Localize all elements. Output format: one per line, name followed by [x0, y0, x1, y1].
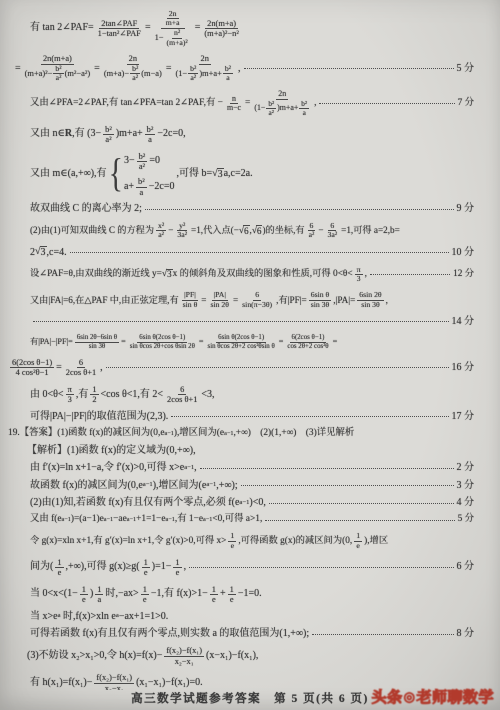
- text-run: ,: [100, 362, 103, 374]
- numerator: 1: [228, 585, 236, 595]
- text-run: sin 3θ: [311, 301, 330, 310]
- score-label: 17 分: [452, 411, 475, 423]
- text-run: ),增区: [364, 536, 388, 547]
- line-intervals-3pts: 故函数 f(x)的减区间为(0,ea−1),增区间为(ea−1,+∞);3 分: [30, 480, 474, 492]
- fraction: 1e: [80, 585, 88, 605]
- text-run: b²: [132, 65, 138, 74]
- cases-row: 3−b²a²=0: [124, 151, 175, 173]
- text-run: (m²−a²): [65, 69, 91, 78]
- denominator: 2cos θ+1: [64, 368, 98, 377]
- superscript: a−1: [143, 482, 153, 489]
- fraction: 6a²: [307, 222, 317, 240]
- text-run: =: [94, 63, 100, 75]
- text-run: sin 3θ: [361, 301, 380, 310]
- text-run: −ax+1=1>0.: [119, 611, 169, 623]
- line-tan-double-angle: 有 tan 2∠PAF=2tan∠PAF1−tan²∠PAF=2nm+a1−n²…: [30, 9, 474, 49]
- numerator: 1: [80, 585, 88, 595]
- score-label: 9 分: [457, 203, 475, 215]
- numerator: 1: [142, 558, 150, 568]
- fraction: 63a²: [326, 222, 340, 240]
- cases-rows: 3−b²a²=0a+b²a−2c=0: [124, 151, 175, 199]
- numerator: 2n: [199, 54, 211, 64]
- superscript: a−1: [203, 517, 212, 523]
- text-run: )m+a+: [199, 69, 221, 78]
- text-run: 3−: [124, 155, 135, 167]
- fraction: 1e: [141, 585, 149, 605]
- fraction: b²a²: [188, 65, 198, 83]
- text-run: sin θcos 2θ+2 cos²θsin θ: [208, 343, 275, 351]
- text-run: 4 cos²θ−1: [16, 368, 49, 377]
- text-run: =: [145, 22, 151, 34]
- fraction: 6sin θsin 3θ: [309, 291, 332, 309]
- fraction: |PF|sin θ: [181, 291, 200, 309]
- denominator: cos 2θ+2 cos²θ: [285, 343, 330, 351]
- text-run: =: [333, 337, 338, 347]
- fraction: 6sin 2θsin 3θ: [357, 291, 383, 309]
- text-run: ,可得函数 g(x)的减区间为(0,: [238, 536, 352, 547]
- dot-leader: [312, 634, 453, 635]
- dot-leader: [33, 321, 449, 322]
- text-run: =: [245, 98, 250, 109]
- text-run: (m−a): [141, 69, 162, 78]
- numerator: 2nm+a: [161, 10, 185, 29]
- text-run: b²: [225, 65, 231, 74]
- text-run: 由 f′(x)=ln x+1−a,令 f′(x)>0,可得 x>e: [30, 462, 184, 474]
- text-run: ,: [184, 561, 187, 573]
- text-run: 6(2cos θ−1): [12, 358, 52, 367]
- text-run: e: [176, 568, 180, 577]
- text-run: ),增区间为(e: [153, 480, 207, 492]
- text-run: a²: [105, 135, 111, 144]
- text-run: 又由 n∈: [30, 128, 65, 140]
- text-run: 有|PA|−|PF|=: [30, 337, 73, 347]
- line-gx-min-6pts: 间为(1e,+∞),可得 g(x)≥g(1e)=1−1e,6 分: [30, 557, 474, 579]
- superscript: a−1: [184, 465, 194, 472]
- dot-leader: [189, 567, 453, 568]
- text-run: =: [195, 22, 201, 34]
- text-run: 又由∠PFA=2∠PAF,有 tan∠PFA=tan 2∠PAF,有 −: [30, 98, 223, 109]
- text-run: (3)不妨设 x₂>x₁>0,令 h(x)=f(x)−: [27, 650, 162, 662]
- denominator: e: [210, 595, 218, 604]
- text-run: 2n: [201, 54, 209, 63]
- text-run: sin 3θ: [89, 343, 105, 351]
- numerator: 6(2cos θ−1): [10, 358, 54, 368]
- superscript: a−1: [206, 482, 216, 489]
- fraction: 6sin 2θ−6sin θsin 3θ: [75, 334, 119, 350]
- text-run: )m+a+: [116, 128, 143, 140]
- denominator: (1−b²a²)m+a+b²a: [173, 65, 236, 83]
- denominator: a: [96, 595, 104, 604]
- numerator: 6(2cos θ−1): [290, 334, 327, 343]
- score-label: 5 分: [457, 63, 475, 75]
- fraction: 6sin θ(2cos θ−1)sin θcos 2θ+cos θsin 2θ: [128, 334, 197, 350]
- text-run: ,|PA|=: [333, 295, 355, 306]
- denominator: 4 cos²θ−1: [14, 368, 51, 377]
- line-q19-answer: 19.【答案】(1)函数 f(x)的减区间为(0,ea−1),增区间为(ea−1…: [8, 428, 474, 439]
- denominator: (m+a)²−b²a²(m²−a²): [23, 65, 93, 83]
- text-run: )<0,: [249, 497, 265, 509]
- text-run: =: [56, 362, 62, 374]
- text-run: =: [199, 337, 204, 347]
- line-case-small-x: 当 0<x<(1−1e)1a时,−ax>1e−1,有 f(x)>1−1e+1e−…: [30, 584, 474, 606]
- fraction: |PA|sin 2θ: [208, 291, 231, 309]
- score-label: 8 分: [457, 628, 475, 640]
- text-run: −1=0.: [238, 588, 262, 600]
- denominator: sin 3θ: [359, 301, 382, 310]
- text-run: =: [279, 337, 284, 347]
- text-run: =: [233, 295, 238, 306]
- fraction: b²a²: [130, 65, 140, 83]
- text-run: b²: [139, 152, 146, 161]
- numerator: b²: [299, 100, 309, 109]
- numerator: 6sin θ(2cos θ−1): [137, 334, 187, 343]
- denominator: e: [142, 568, 150, 577]
- score-label: 3 分: [457, 480, 475, 492]
- fraction: 12: [90, 385, 98, 405]
- fraction: 2n(m+a)−b²a²(m−a): [102, 54, 164, 83]
- score-label: 12 分: [453, 269, 474, 280]
- footer-spacer: [261, 693, 274, 705]
- text-run: 3a²: [328, 231, 338, 240]
- text-run: 令 g(x)=xln x+1,有 g′(x)=ln x+1,令 g′(x)>0,…: [30, 536, 226, 547]
- text-run: 可得若函数 f(x)有且仅有两个零点,则实数 a 的取值范围为(1,+∞);: [30, 628, 309, 640]
- radicand: 3: [217, 168, 224, 181]
- text-run: −: [168, 225, 173, 236]
- text-run: sin θ: [183, 301, 198, 310]
- numerator: f(x₂)−f(x₁): [164, 646, 204, 656]
- text-run: ,: [314, 98, 316, 109]
- line-simplify-5pts: =2n(m+a)(m+a)²−b²a²(m²−a²)=2n(m+a)−b²a²(…: [15, 53, 474, 84]
- text-run: n: [232, 95, 236, 104]
- text-run: 2n: [129, 54, 137, 63]
- text-run: a²: [309, 231, 315, 240]
- text-run: n²: [174, 29, 180, 38]
- text-run: 时,f(x)>xln e: [61, 611, 116, 623]
- text-run: a²: [56, 74, 62, 83]
- fraction: b²a²: [53, 65, 63, 83]
- denominator: a²: [103, 135, 113, 144]
- text-run: a: [98, 595, 102, 604]
- text-run: <0,可得 a>1,: [212, 514, 262, 525]
- text-run: sin 2θ: [210, 301, 229, 310]
- text-run: e: [230, 595, 234, 604]
- text-run: x₂−x₁: [175, 657, 194, 666]
- text-run: e: [212, 595, 216, 604]
- line-cos-bounds: 由 0<θ<π3,有12<cos θ<1,有 2<62cos θ+1<3,: [30, 384, 474, 406]
- text-run: e: [231, 542, 234, 551]
- text-run: a: [140, 188, 144, 197]
- dot-leader: [244, 68, 454, 69]
- denominator: (m+a)²: [165, 39, 190, 48]
- denominator: a²: [137, 162, 147, 171]
- text-run: x 的倾斜角及双曲线的图象和性质,可得 0<θ<: [173, 269, 353, 280]
- text-run: e: [143, 595, 147, 604]
- denominator: a²: [188, 74, 198, 83]
- numerator: 6: [77, 358, 85, 368]
- fraction: 1e: [173, 558, 181, 578]
- radicand: 3: [166, 269, 173, 281]
- denominator: m−c: [225, 104, 243, 113]
- line-dots-14pts: 14 分: [30, 316, 474, 328]
- text-run: e: [356, 542, 359, 551]
- fraction: b²a: [136, 177, 147, 197]
- numerator: 6sin θ(2cos θ−1): [216, 334, 266, 343]
- score-label: 5 分: [458, 514, 474, 525]
- cases-row: a+b²a−2c=0: [124, 176, 175, 198]
- text-run: 1: [144, 558, 148, 567]
- dot-leader: [319, 103, 454, 104]
- text-run: −2c=0: [149, 181, 175, 193]
- text-run: =0: [149, 155, 160, 167]
- text-run: 2n(m+a): [43, 54, 72, 63]
- score-label: 10 分: [452, 247, 475, 259]
- text-run: =: [15, 63, 21, 75]
- sqrt-radical: √3: [212, 168, 224, 181]
- text-run: ,: [238, 63, 241, 75]
- text-run: −2c=0,: [157, 128, 185, 140]
- denominator: sin θ: [181, 301, 200, 310]
- dot-leader: [241, 485, 454, 486]
- footer-page-number: 第 5 页(共 6 页): [274, 693, 369, 705]
- text-run: 2cos θ+1: [66, 368, 96, 377]
- text-run: 由 0<θ<: [30, 389, 64, 401]
- dot-leader: [265, 520, 454, 521]
- text-run: b²: [55, 65, 61, 74]
- fraction: b²a²: [137, 152, 148, 172]
- text-run: −ae: [113, 514, 127, 525]
- line-theta-range-12pts: 设∠PAF=θ,由双曲线的渐近线 y=√3x 的倾斜角及双曲线的图象和性质,可得…: [30, 265, 474, 286]
- fraction: 1a: [95, 585, 103, 605]
- fraction: 2tan∠PAF1−tan²∠PAF: [96, 19, 143, 39]
- dot-leader: [200, 468, 454, 469]
- fraction: y²3a²: [175, 222, 189, 240]
- watermark-account-name: 老师聊数学: [416, 686, 494, 707]
- text-run: −: [318, 225, 323, 236]
- numerator: 1: [173, 558, 181, 568]
- fraction: 2nm+a1−n²(m+a)²: [153, 10, 193, 48]
- text-run: )=(a−1)e: [71, 514, 104, 525]
- line-pa-minus-pf: 有|PA|−|PF|=6sin 2θ−6sin θsin 3θ=6sin θ(2…: [30, 333, 474, 351]
- numerator: b²: [136, 177, 147, 187]
- text-run: 19.【答案】(1)函数 f(x)的减区间为(0,e: [8, 428, 165, 439]
- score-label: 4 分: [457, 497, 475, 509]
- text-run: a²: [190, 74, 196, 83]
- numerator: 6: [178, 385, 186, 395]
- text-run: 6sin 2θ−6sin θ: [77, 334, 117, 342]
- text-run: 6sin 2θ: [359, 291, 381, 300]
- numerator: 1: [141, 585, 149, 595]
- numerator: π: [66, 385, 74, 395]
- numerator: 2n: [276, 90, 288, 100]
- text-run: 1: [57, 558, 61, 567]
- superscript: a−1: [62, 517, 71, 523]
- text-run: ,可得 b=: [176, 168, 212, 180]
- text-run: 6sin θ(2cos θ−1): [218, 334, 264, 342]
- text-run: 6(2cos θ−1): [292, 334, 325, 342]
- fraction: 2n(1−b²a²)m+a+b²a: [173, 54, 236, 83]
- fraction: 6(2cos θ−1)4 cos²θ−1: [10, 358, 54, 378]
- denominator: 1−n²(m+a)²: [153, 29, 193, 47]
- fraction: 2n(m+a)(m+a)²−n²: [202, 19, 240, 39]
- text-run: (m+a)−: [104, 69, 129, 78]
- text-run: 1: [92, 385, 96, 394]
- text-run: 6: [79, 358, 83, 367]
- text-run: 1: [175, 558, 179, 567]
- superscript: a−1: [165, 431, 174, 437]
- numerator: 2n(m+a): [205, 19, 238, 29]
- line-n-in-R: 又由 n∈R,有 (3−b²a²)m+a+b²a−2c=0,: [30, 124, 474, 146]
- text-run: ,有|PF|=: [276, 295, 307, 306]
- fraction: x²a²: [156, 222, 166, 240]
- text-run: 1: [230, 532, 234, 541]
- denominator: a²: [307, 231, 317, 240]
- numerator: 2tan∠PAF: [99, 19, 139, 29]
- line-abc-values-10pts: 2√3,c=4.10 分: [30, 246, 474, 259]
- fraction: 6(2cos θ−1)cos 2θ+2 cos²θ: [285, 334, 330, 350]
- text-run: +: [220, 588, 226, 600]
- numerator: b²: [145, 125, 156, 135]
- sqrt-radical: √6: [239, 225, 250, 237]
- fraction: 1e: [142, 558, 150, 578]
- dot-leader: [269, 503, 454, 504]
- text-run: 【解析】(1)函数 f(x)的定义域为(0,+∞),: [27, 445, 196, 457]
- text-run: ,: [194, 462, 197, 474]
- text-run: π: [68, 385, 72, 394]
- denominator: 1−tan²∠PAF: [96, 29, 143, 38]
- fraction: 62cos θ+1: [64, 358, 98, 378]
- denominator: (m+a)²−n²: [202, 29, 240, 38]
- text-run: ,有 1−e: [175, 514, 203, 525]
- text-run: 故函数 f(x)的减区间为(0,e: [30, 480, 143, 492]
- text-run: =1,代入点(−: [191, 225, 239, 236]
- text-run: 1: [356, 532, 360, 541]
- text-run: b²: [268, 100, 274, 108]
- text-run: m+a: [166, 19, 180, 28]
- score-label: 14 分: [452, 316, 475, 328]
- fraction: f(x₂)−f(x₁)x₂−x₁: [164, 646, 204, 666]
- denominator: 2: [90, 395, 98, 404]
- denominator: 2cos θ+1: [165, 395, 199, 404]
- fraction: b²a: [299, 100, 309, 117]
- denominator: 3: [355, 275, 363, 284]
- sqrt-radical: √3: [162, 269, 173, 281]
- text-run: 6sin θ: [311, 291, 330, 300]
- text-run: a²: [139, 162, 145, 171]
- superscript: a−1: [166, 517, 175, 523]
- text-run: 2n: [278, 90, 286, 99]
- text-run: b²: [147, 125, 154, 134]
- line-range-17pts: 可得|PA|−|PF|的取值范围为(2,3).17 分: [30, 411, 474, 423]
- denominator: sin 2θ: [208, 301, 231, 310]
- left-brace: {: [109, 150, 123, 199]
- text-run: a,c=2a.: [224, 168, 253, 180]
- numerator: 1: [90, 385, 98, 395]
- toutiao-watermark: 头条 ◎ 老师聊数学: [372, 686, 494, 707]
- text-run: f(x₂)−f(x₁): [96, 673, 132, 682]
- line-pfa-7pts: 又由∠PFA=2∠PAF,有 tan∠PFA=tan 2∠PAF,有 −nm−c…: [30, 89, 474, 118]
- text-run: 1: [212, 585, 216, 594]
- text-run: 有 tan 2∠PAF=: [30, 22, 94, 34]
- text-run: 6: [310, 222, 314, 231]
- text-run: a: [148, 135, 152, 144]
- text-run: ,有: [76, 389, 89, 401]
- line-a-gt-1-5pts: 又由 f(ea−1)=(a−1)ea−1−aea−1+1=1−ea−1,有 1−…: [30, 514, 474, 525]
- denominator: (1−b²a²)m+a+b²a: [252, 100, 312, 117]
- text-run: )的坐标,有: [262, 225, 304, 236]
- denominator: (m+a)−b²a²(m−a): [102, 65, 164, 83]
- superscript: a−1: [127, 517, 136, 523]
- text-run: ,+∞);: [216, 480, 237, 492]
- radicand: 6: [243, 225, 250, 237]
- denominator: m+a: [164, 19, 182, 28]
- sqrt-radical: √3: [35, 246, 47, 259]
- text-run: a+: [124, 181, 134, 193]
- fraction: nm−c: [225, 95, 243, 114]
- superscript: a−1: [239, 500, 249, 507]
- denominator: a²: [267, 109, 276, 117]
- denominator: sin 3θ: [309, 301, 332, 310]
- text-run: (m+a)²−: [25, 69, 53, 78]
- fraction: 62cos θ+1: [165, 385, 199, 405]
- text-run: 1: [143, 585, 147, 594]
- text-run: 1−tan²∠PAF: [98, 29, 141, 38]
- text-run: a: [226, 74, 229, 83]
- text-run: b²: [301, 100, 307, 108]
- fraction: 1e: [228, 585, 236, 605]
- denominator: a: [301, 109, 308, 117]
- text-run: (m+a)²: [167, 39, 188, 48]
- numerator: b²: [266, 100, 276, 109]
- text-run: 设∠PAF=θ,由双曲线的渐近线 y=: [30, 269, 162, 280]
- fraction: 1e: [55, 558, 63, 578]
- text-run: 当 0<x<(1−: [30, 588, 78, 600]
- text-run: a²: [269, 109, 274, 117]
- denominator: x₂−x₁: [173, 657, 196, 666]
- text-run: a²: [158, 231, 164, 240]
- fraction: 1e: [210, 585, 218, 605]
- text-run: 3: [68, 395, 72, 404]
- text-run: b²: [138, 177, 145, 186]
- text-run: 2tan∠PAF: [101, 19, 137, 28]
- text-run: b²: [105, 125, 112, 134]
- text-run: 2n: [169, 10, 177, 19]
- line-a-range-8pts: 可得若函数 f(x)有且仅有两个零点,则实数 a 的取值范围为(1,+∞);8 …: [30, 628, 474, 640]
- text-run: 时,−ax>: [105, 588, 138, 600]
- denominator: sin 3θ: [87, 343, 107, 351]
- radicand: 3: [40, 246, 47, 259]
- numerator: f(x₂)−f(x₁): [94, 673, 134, 683]
- denominator: e: [174, 568, 182, 577]
- denominator: 3a²: [326, 231, 340, 240]
- text-run: =1,可得 a=2,b=: [341, 225, 400, 236]
- denominator: a²: [156, 231, 166, 240]
- text-run: (x₁−x₁)−f(x₁)=0.: [136, 677, 203, 689]
- numerator: 1: [95, 585, 103, 595]
- text-run: ): [90, 588, 93, 600]
- denominator: sin θcos 2θ+2 cos²θsin θ: [206, 343, 277, 351]
- line-eccentricity-9pts: 故双曲线 C 的离心率为 2;9 分: [30, 203, 474, 215]
- text-run: 1−: [155, 33, 164, 42]
- denominator: e: [80, 595, 88, 604]
- text-run: 间为(: [30, 561, 53, 573]
- denominator: e: [56, 568, 64, 577]
- text-run: f(x₂)−f(x₁): [166, 646, 202, 655]
- text-run: 3a²: [177, 231, 187, 240]
- text-run: 可得|PA|−|PF|的取值范围为(2,3).: [30, 411, 168, 423]
- text-run: cos 2θ+2 cos²θ: [287, 343, 328, 351]
- dot-leader: [145, 209, 454, 210]
- text-run: )=1−: [152, 561, 172, 573]
